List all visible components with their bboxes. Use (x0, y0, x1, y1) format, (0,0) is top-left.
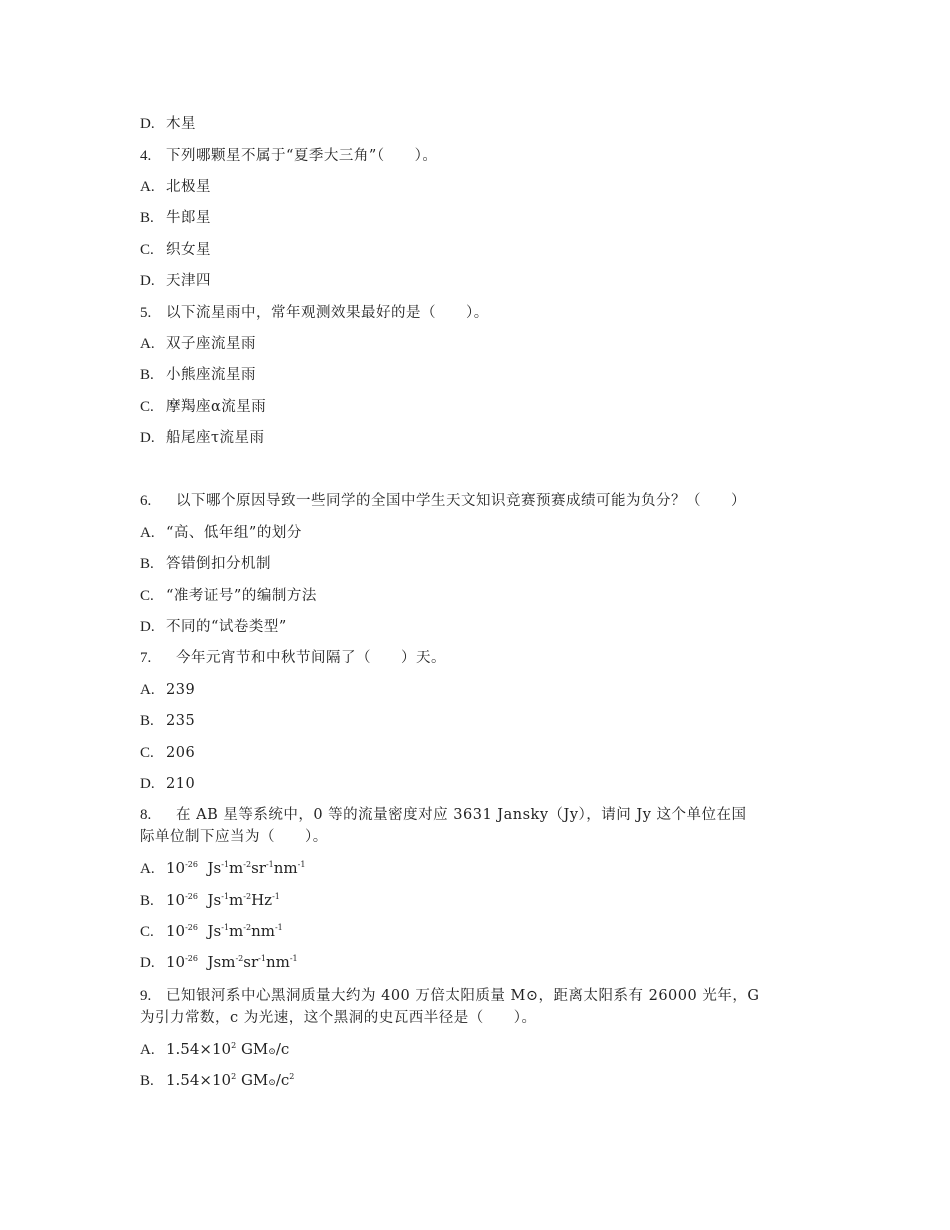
option-text: 北极星 (166, 179, 211, 195)
unit-exp: -1 (221, 923, 229, 932)
option-q3-d: D.木星 (140, 113, 196, 134)
option-q8-d: D.10-26 Jsm-2sr-1nm-1 (140, 952, 298, 973)
option-label: C. (140, 586, 166, 606)
option-label: A. (140, 177, 166, 197)
option-text: 235 (166, 713, 195, 729)
option-q4-d: D.天津四 (140, 270, 211, 291)
option-q6-b: B.答错倒扣分机制 (140, 553, 271, 574)
exponent: -26 (185, 923, 198, 932)
option-label: D. (140, 774, 166, 794)
question-number: 5. (140, 303, 166, 323)
coefficient: 1.54×10 (166, 1040, 231, 1058)
coefficient: 1.54×10 (166, 1071, 231, 1089)
unit-part: Js (208, 859, 222, 877)
unit-part: m (229, 859, 243, 877)
option-text: 牛郎星 (166, 210, 211, 226)
option-q7-b: B.235 (140, 710, 195, 731)
option-q6-a: A.“高、低年组”的划分 (140, 522, 302, 543)
option-q7-a: A.239 (140, 679, 195, 700)
sun-symbol-icon: ⊙ (268, 1047, 276, 1057)
option-label: B. (140, 208, 166, 228)
tail-exp: 2 (289, 1072, 294, 1081)
tail: /c (276, 1071, 289, 1089)
option-q9-b: B.1.54×102 GM⊙/c2 (140, 1070, 294, 1093)
option-q7-d: D.210 (140, 773, 195, 794)
unit-part: nm (274, 859, 298, 877)
unit-exp: -1 (290, 954, 298, 963)
base: 10 (166, 922, 185, 940)
option-q8-b: B.10-26 Js-1m-2Hz-1 (140, 890, 280, 911)
expr: GM (241, 1071, 268, 1089)
option-text: 双子座流星雨 (166, 336, 256, 352)
option-q5-a: A.双子座流星雨 (140, 333, 256, 354)
question-text-line2: 际单位制下应当为（ ）。 (140, 829, 328, 845)
unit-exp: -2 (243, 923, 251, 932)
option-q5-d: D.船尾座τ流星雨 (140, 427, 265, 448)
expr: GM (241, 1040, 268, 1058)
question-text: 以下流星雨中，常年观测效果最好的是（ ）。 (166, 305, 489, 321)
option-label: C. (140, 397, 166, 417)
option-text: 小熊座流星雨 (166, 367, 256, 383)
exponent: -26 (185, 860, 198, 869)
unit-exp: -1 (272, 892, 280, 901)
question-7: 7.今年元宵节和中秋节间隔了（ ）天。 (140, 647, 446, 668)
option-text: 摩羯座α流星雨 (166, 399, 266, 415)
base: 10 (166, 859, 185, 877)
option-q4-a: A.北极星 (140, 176, 211, 197)
unit-part: Hz (251, 891, 272, 909)
unit-part: m (229, 922, 243, 940)
option-label: D. (140, 114, 166, 134)
base: 10 (166, 891, 185, 909)
unit-exp: -1 (221, 892, 229, 901)
sun-symbol-icon: ⊙ (268, 1078, 276, 1088)
option-label: B. (140, 365, 166, 385)
option-label: A. (140, 1040, 166, 1060)
option-label: D. (140, 271, 166, 291)
unit-part: m (229, 891, 243, 909)
option-text: 答错倒扣分机制 (166, 556, 271, 572)
unit-part: nm (251, 922, 275, 940)
option-q6-c: C.“准考证号”的编制方法 (140, 585, 317, 606)
question-5: 5.以下流星雨中，常年观测效果最好的是（ ）。 (140, 302, 489, 323)
unit-exp: -1 (298, 860, 306, 869)
question-number: 9. (140, 986, 166, 1006)
option-label: B. (140, 554, 166, 574)
unit-part: Js (208, 922, 222, 940)
coefficient-exp: 2 (231, 1072, 236, 1081)
question-4: 4.下列哪颗星不属于“夏季大三角”（ ）。 (140, 145, 437, 166)
option-label: A. (140, 334, 166, 354)
question-text-line1: 已知银河系中心黑洞质量大约为 400 万倍太阳质量 M⊙，距离太阳系有 2600… (166, 988, 759, 1004)
question-9: 9.已知银河系中心黑洞质量大约为 400 万倍太阳质量 M⊙，距离太阳系有 26… (140, 985, 759, 1006)
option-text: 天津四 (166, 273, 211, 289)
exponent: -26 (185, 954, 198, 963)
option-label: B. (140, 1071, 166, 1091)
question-text: 下列哪颗星不属于“夏季大三角”（ ）。 (166, 148, 437, 164)
unit-part: Js (208, 891, 222, 909)
question-8-continuation: 际单位制下应当为（ ）。 (140, 826, 328, 847)
question-text: 今年元宵节和中秋节间隔了（ ）天。 (176, 650, 446, 666)
unit-exp: -1 (221, 860, 229, 869)
option-q8-c: C.10-26 Js-1m-2nm-1 (140, 921, 283, 942)
option-label: D. (140, 953, 166, 973)
option-text: “准考证号”的编制方法 (166, 588, 317, 604)
option-label: D. (140, 428, 166, 448)
option-label: B. (140, 891, 166, 911)
question-9-continuation: 为引力常数，c 为光速，这个黑洞的史瓦西半径是（ ）。 (140, 1007, 536, 1028)
unit-part: sr (243, 953, 258, 971)
base: 10 (166, 953, 185, 971)
exponent: -26 (185, 892, 198, 901)
option-label: A. (140, 523, 166, 543)
unit-exp: -1 (266, 860, 274, 869)
unit-part: Jsm (208, 953, 236, 971)
unit-exp: -1 (258, 954, 266, 963)
question-6: 6.以下哪个原因导致一些同学的全国中学生天文知识竞赛预赛成绩可能为负分？（ ） (140, 490, 746, 511)
question-text-line2: 为引力常数，c 为光速，这个黑洞的史瓦西半径是（ ）。 (140, 1010, 536, 1026)
unit-exp: -1 (275, 923, 283, 932)
option-label: C. (140, 743, 166, 763)
question-text-line1: 在 AB 星等系统中，0 等的流量密度对应 3631 Jansky（Jy），请问… (176, 807, 747, 823)
option-text: 不同的“试卷类型” (166, 619, 287, 635)
option-text: “高、低年组”的划分 (166, 525, 302, 541)
option-label: D. (140, 617, 166, 637)
option-q5-b: B.小熊座流星雨 (140, 364, 256, 385)
option-label: C. (140, 240, 166, 260)
option-q8-a: A.10-26 Js-1m-2sr-1nm-1 (140, 858, 305, 879)
option-text: 210 (166, 776, 195, 792)
question-8: 8.在 AB 星等系统中，0 等的流量密度对应 3631 Jansky（Jy），… (140, 804, 747, 825)
option-text: 206 (166, 745, 195, 761)
unit-exp: -2 (243, 892, 251, 901)
question-number: 4. (140, 146, 166, 166)
option-q5-c: C.摩羯座α流星雨 (140, 396, 266, 417)
option-label: C. (140, 922, 166, 942)
option-q7-c: C.206 (140, 742, 195, 763)
unit-exp: -2 (243, 860, 251, 869)
question-number: 6. (140, 491, 176, 511)
option-q4-b: B.牛郎星 (140, 207, 211, 228)
option-text: 239 (166, 682, 195, 698)
option-text: 木星 (166, 116, 196, 132)
option-label: A. (140, 680, 166, 700)
question-text: 以下哪个原因导致一些同学的全国中学生天文知识竞赛预赛成绩可能为负分？（ ） (176, 493, 746, 509)
coefficient-exp: 2 (231, 1041, 236, 1050)
tail: /c (276, 1040, 289, 1058)
option-q6-d: D.不同的“试卷类型” (140, 616, 287, 637)
option-text: 织女星 (166, 242, 211, 258)
option-q9-a: A.1.54×102 GM⊙/c (140, 1039, 289, 1062)
option-label: A. (140, 859, 166, 879)
option-text: 船尾座τ流星雨 (166, 430, 265, 446)
question-number: 7. (140, 648, 176, 668)
unit-part: nm (266, 953, 290, 971)
question-number: 8. (140, 805, 176, 825)
option-q4-c: C.织女星 (140, 239, 211, 260)
unit-part: sr (251, 859, 266, 877)
document-page: D.木星 4.下列哪颗星不属于“夏季大三角”（ ）。 A.北极星 B.牛郎星 C… (0, 0, 950, 1230)
option-label: B. (140, 711, 166, 731)
